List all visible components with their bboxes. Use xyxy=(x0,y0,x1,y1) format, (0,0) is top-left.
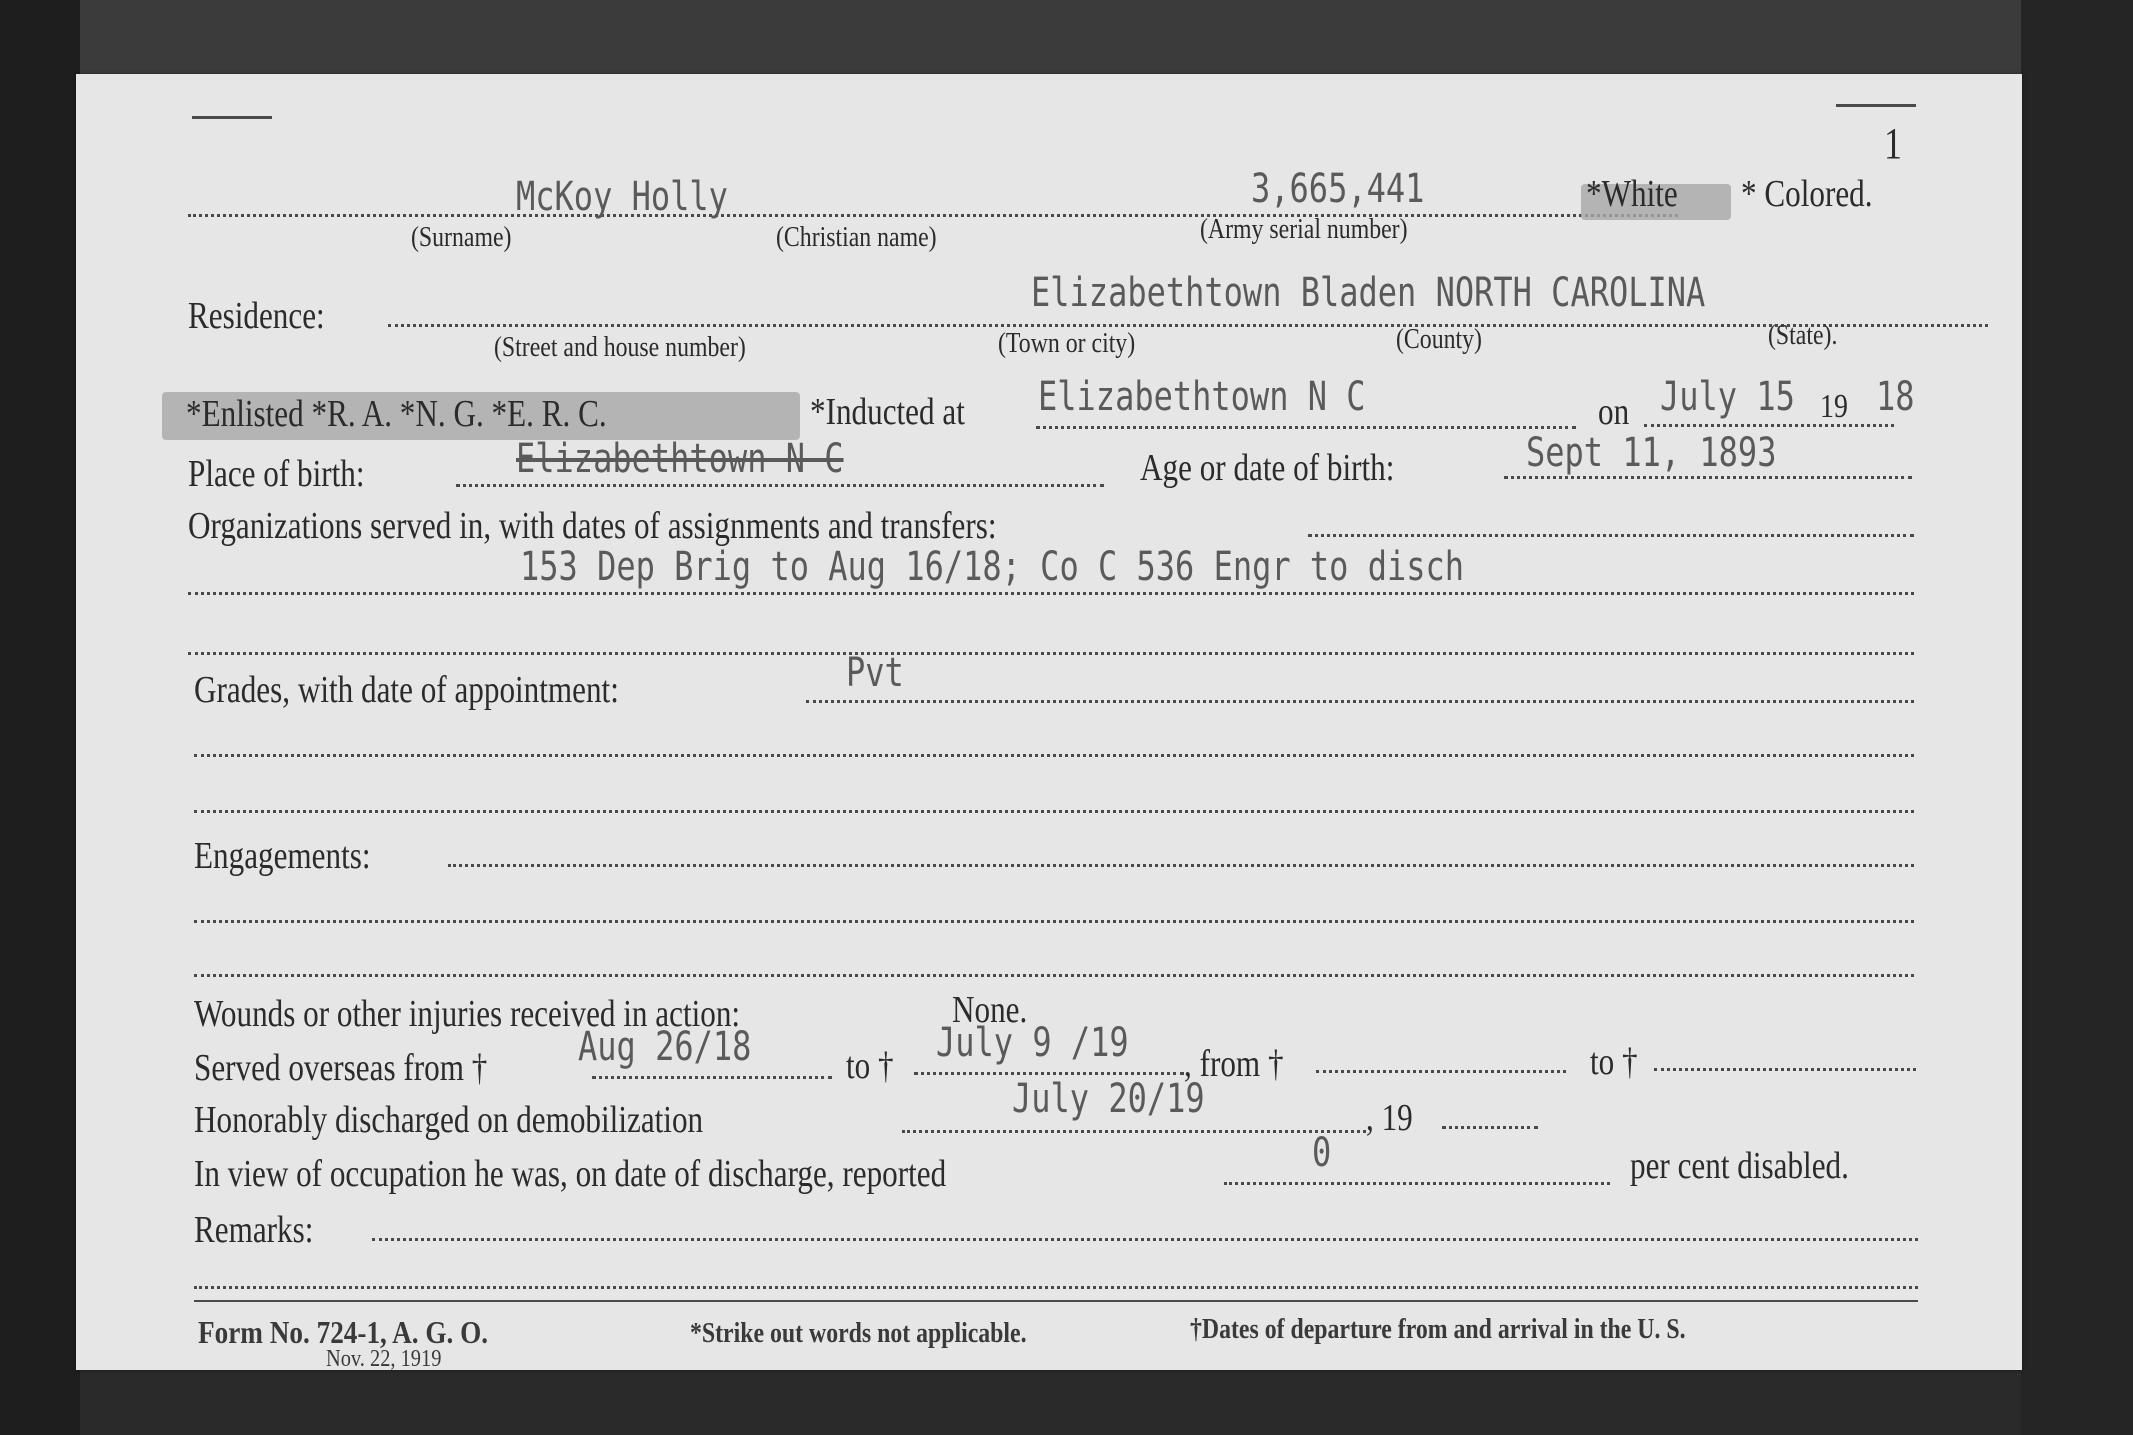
christian-name-caption: (Christian name) xyxy=(776,222,937,254)
grades-label: Grades, with date of appointment: xyxy=(194,668,619,712)
birth-date-line xyxy=(1504,476,1912,479)
disability-value: 0 xyxy=(1312,1130,1331,1176)
remarks-line-2 xyxy=(194,1286,1918,1289)
on-label: on xyxy=(1598,390,1629,434)
engagements-label: Engagements: xyxy=(194,834,371,878)
town-caption: (Town or city) xyxy=(998,328,1135,360)
corner-mark-right xyxy=(1836,104,1916,107)
birth-date-label: Age or date of birth: xyxy=(1140,446,1394,490)
page-number: 1 xyxy=(1884,118,1902,169)
overseas-to-value: July 9 /19 xyxy=(936,1020,1129,1066)
induction-year-prefix: 19 xyxy=(1820,388,1848,426)
footer-rule xyxy=(194,1300,1918,1302)
birth-place-value: Elizabethtown N C xyxy=(516,436,844,482)
scan-background-left xyxy=(0,0,80,1435)
grades-line-3 xyxy=(194,810,1914,813)
induction-date-line xyxy=(1644,424,1894,427)
footnote-strike: *Strike out words not applicable. xyxy=(690,1318,1027,1350)
birth-date-value: Sept 11, 1893 xyxy=(1526,430,1776,476)
grades-value: Pvt xyxy=(846,650,904,696)
discharge-year-label: , 19 xyxy=(1366,1096,1413,1140)
organizations-line-2 xyxy=(188,592,1914,595)
birth-place-label: Place of birth: xyxy=(188,452,365,496)
residence-line xyxy=(388,324,1988,327)
disability-suffix: per cent disabled. xyxy=(1630,1144,1849,1188)
engagements-line-1 xyxy=(448,864,1914,867)
residence-value: Elizabethtown Bladen NORTH CAROLINA xyxy=(1031,270,1705,316)
service-record-card: 1 McKoy Holly 3,665,441 *White * Colored… xyxy=(76,74,2022,1370)
disability-label: In view of occupation he was, on date of… xyxy=(194,1152,946,1196)
discharge-year-line xyxy=(1442,1126,1538,1129)
overseas-to2-line xyxy=(1654,1068,1916,1071)
organizations-line-1 xyxy=(1308,534,1914,537)
remarks-line-1 xyxy=(372,1238,1918,1241)
remarks-label: Remarks: xyxy=(194,1208,313,1252)
overseas-from-line xyxy=(592,1076,832,1079)
inducted-label: *Inducted at xyxy=(810,390,965,434)
serial-value: 3,665,441 xyxy=(1251,166,1424,212)
induction-date-value: July 15 xyxy=(1660,374,1795,420)
overseas-to2-label: to † xyxy=(1590,1040,1638,1084)
corner-mark-left xyxy=(192,116,272,119)
inducted-line xyxy=(1036,426,1576,429)
serial-caption: (Army serial number) xyxy=(1200,214,1408,246)
state-caption: (State). xyxy=(1768,320,1837,352)
overseas-from-value: Aug 26/18 xyxy=(578,1024,751,1070)
discharge-label: Honorably discharged on demobilization xyxy=(194,1098,703,1142)
induction-year-value: 18 xyxy=(1876,374,1915,420)
county-caption: (County) xyxy=(1396,324,1482,356)
form-date: Nov. 22, 1919 xyxy=(326,1346,441,1373)
organizations-line-3 xyxy=(188,652,1914,655)
overseas-to-line xyxy=(914,1072,1184,1075)
name-line xyxy=(188,214,1678,217)
grades-line-2 xyxy=(194,754,1914,757)
organizations-label: Organizations served in, with dates of a… xyxy=(188,504,997,548)
race-colored-option: * Colored. xyxy=(1741,172,1873,216)
engagements-line-3 xyxy=(194,974,1914,977)
inducted-at-value: Elizabethtown N C xyxy=(1038,374,1366,420)
overseas-to-label: to † xyxy=(846,1044,894,1088)
overseas-from2-line xyxy=(1316,1070,1566,1073)
discharge-value: July 20/19 xyxy=(1012,1076,1205,1122)
discharge-line xyxy=(902,1130,1366,1133)
surname-caption: (Surname) xyxy=(411,222,511,254)
disability-line xyxy=(1224,1182,1610,1185)
name-value: McKoy Holly xyxy=(516,174,728,220)
residence-label: Residence: xyxy=(188,294,325,338)
street-caption: (Street and house number) xyxy=(494,332,746,364)
scan-background-top xyxy=(0,0,2133,80)
scan-background-right xyxy=(2021,0,2133,1435)
birth-place-line xyxy=(456,484,1104,487)
footnote-dates: †Dates of departure from and arrival in … xyxy=(1190,1314,1686,1346)
race-white-option: *White xyxy=(1586,172,1678,216)
engagements-line-2 xyxy=(194,920,1914,923)
organizations-value: 153 Dep Brig to Aug 16/18; Co C 536 Engr… xyxy=(520,544,1464,590)
overseas-label: Served overseas from † xyxy=(194,1046,487,1090)
enlistment-options: *Enlisted *R. A. *N. G. *E. R. C. xyxy=(186,392,607,436)
grades-line-1 xyxy=(806,700,1914,703)
